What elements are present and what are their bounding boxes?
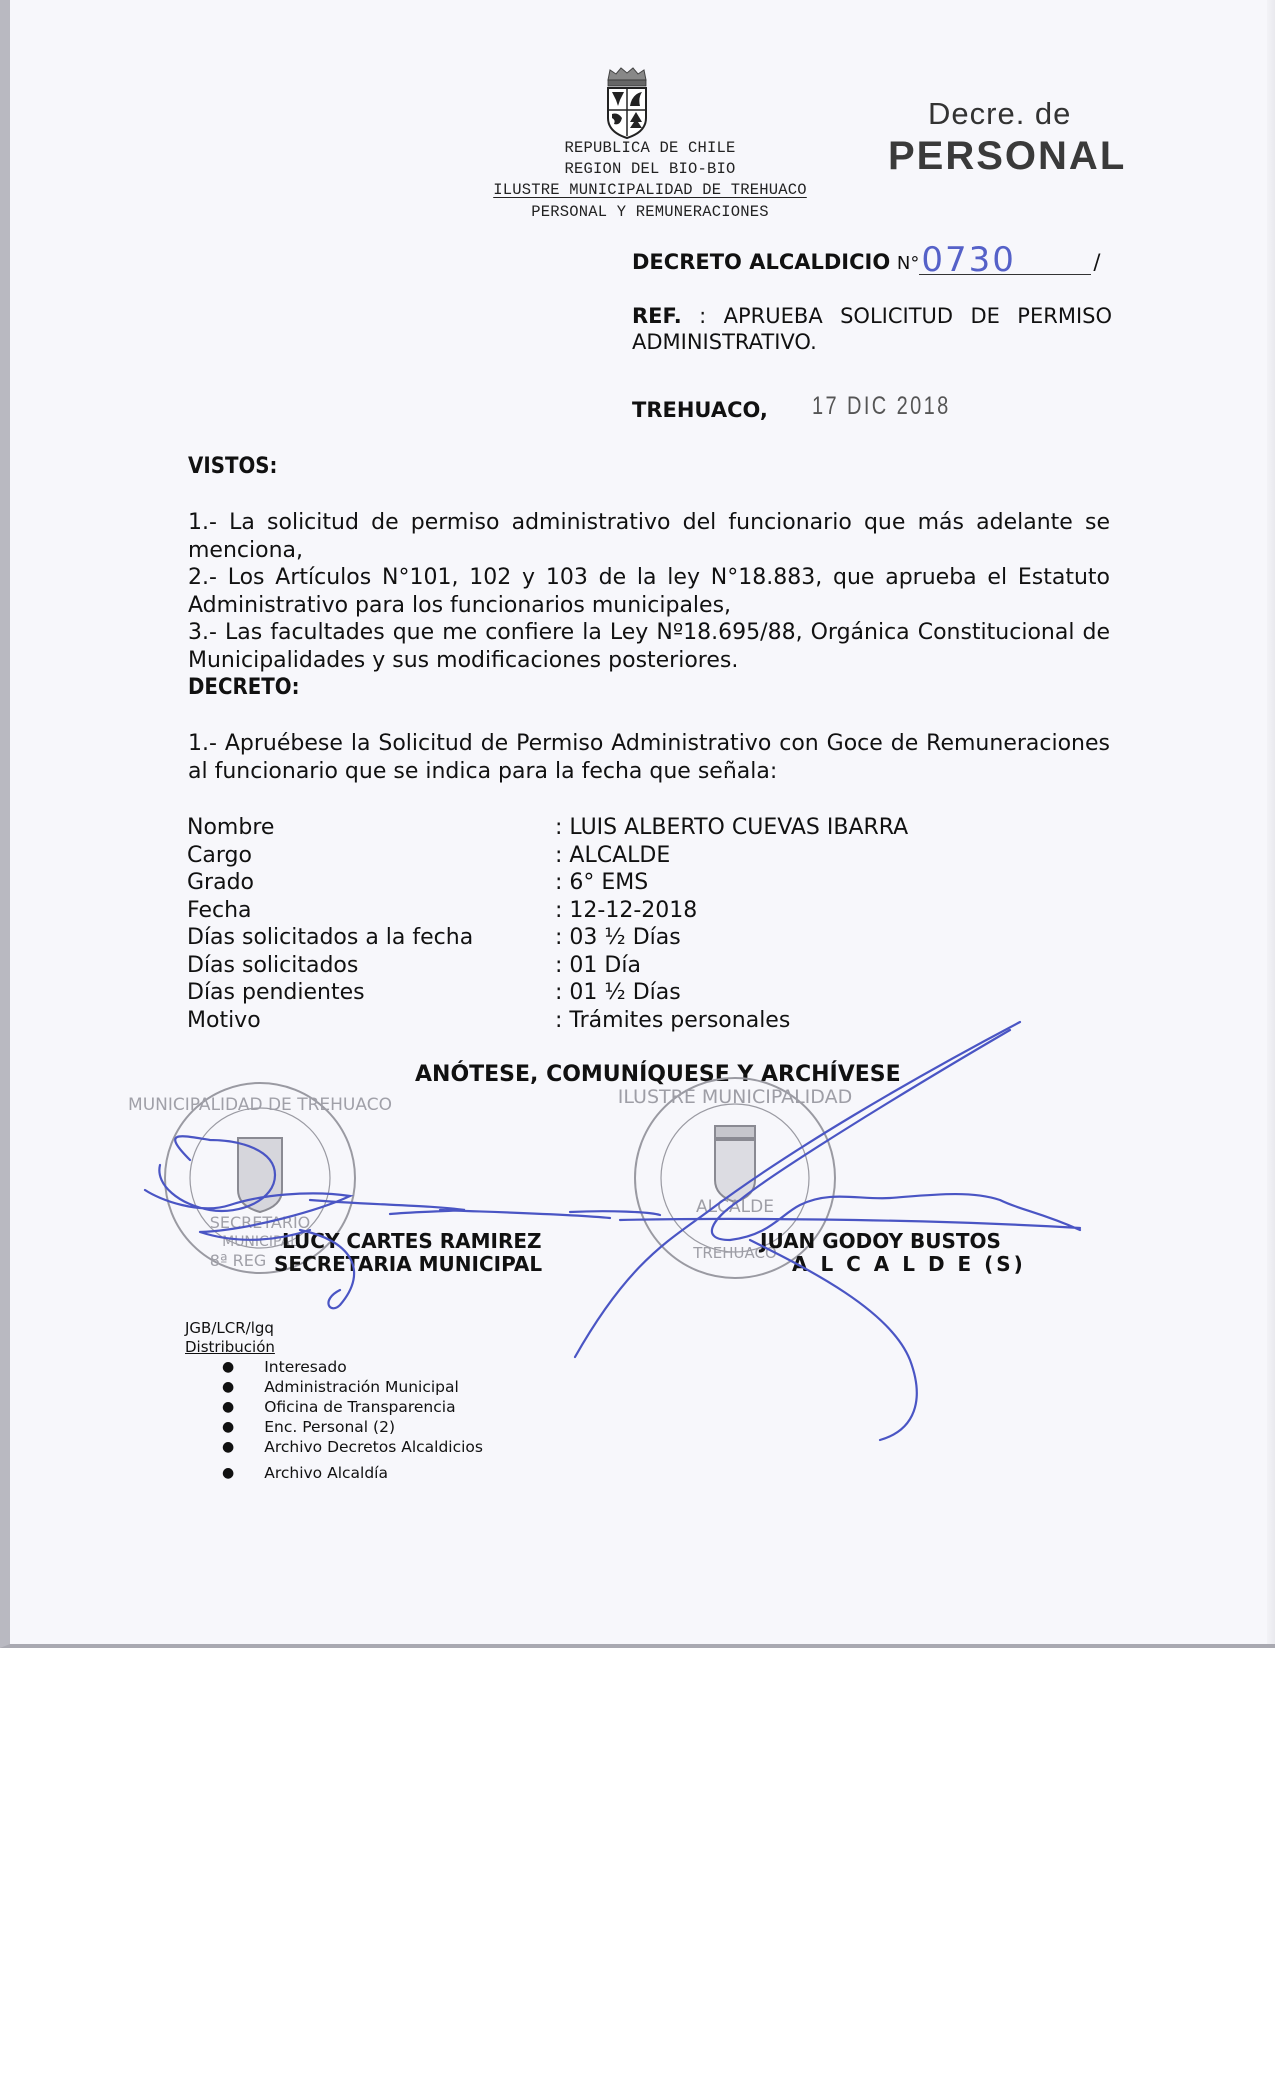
distribution-item: Archivo Decretos Alcaldicios [264, 1438, 483, 1456]
header-municipality: ILUSTRE MUNICIPALIDAD DE TREHUACO [450, 181, 850, 199]
bullet-icon: ● [222, 1359, 234, 1375]
list-item: ●Oficina de Transparencia [222, 1397, 483, 1417]
field-row: Grado: 6° EMS [187, 869, 908, 897]
mayor-role: A L C A L D E (S) [792, 1252, 1026, 1276]
svg-text:ALCALDE: ALCALDE [696, 1197, 774, 1217]
header-department: PERSONAL Y REMUNERACIONES [450, 203, 850, 221]
field-row: Nombre: LUIS ALBERTO CUEVAS IBARRA [187, 814, 908, 842]
header-region: REGION DEL BIO-BIO [450, 160, 850, 178]
secretary-role: SECRETARIA MUNICIPAL [274, 1252, 542, 1276]
field-row: Días pendientes: 01 ½ Días [187, 979, 908, 1007]
field-value: : 03 ½ Días [555, 924, 681, 952]
header-republic: REPUBLICA DE CHILE [450, 139, 850, 157]
field-row: Días solicitados a la fecha: 03 ½ Días [187, 924, 908, 952]
scanned-document-page: REPUBLICA DE CHILE REGION DEL BIO-BIO IL… [0, 0, 1275, 1648]
field-label: Cargo [187, 842, 555, 870]
bullet-icon: ● [222, 1439, 234, 1455]
decree-title-line: DECRETO ALCALDICIO N°0730/ [632, 246, 1100, 275]
vistos-list: 1.- La solicitud de permiso administrati… [188, 509, 1110, 674]
field-value: : 01 Día [555, 952, 641, 980]
decree-slash: / [1093, 250, 1100, 274]
list-item: ●Interesado [222, 1357, 483, 1377]
decreto-item: 1.- Apruébese la Solicitud de Permiso Ad… [188, 730, 1110, 785]
field-row: Motivo: Trámites personales [187, 1007, 908, 1035]
field-label: Días solicitados a la fecha [187, 924, 555, 952]
field-label: Grado [187, 869, 555, 897]
svg-text:ILUSTRE MUNICIPALIDAD: ILUSTRE MUNICIPALIDAD [618, 1086, 852, 1108]
decree-reference: REF. : APRUEBA SOLICITUD DE PERMISO ADMI… [632, 303, 1112, 355]
vistos-heading: VISTOS: [188, 454, 277, 479]
secretary-name: LUCY CARTES RAMIREZ [282, 1229, 542, 1253]
distribution-title: Distribución [185, 1338, 275, 1356]
field-label: Nombre [187, 814, 555, 842]
bullet-icon: ● [222, 1399, 234, 1415]
ref-label: REF. [632, 304, 682, 328]
vistos-item-2: 2.- Los Artículos N°101, 102 y 103 de la… [188, 564, 1110, 619]
field-label: Motivo [187, 1007, 555, 1035]
vistos-item-1: 1.- La solicitud de permiso administrati… [188, 509, 1110, 564]
decree-number-label: N° [897, 253, 919, 274]
stamp-personal: PERSONAL [888, 134, 1126, 179]
decreto-heading: DECRETO: [188, 675, 300, 700]
stamp-decre-de: Decre. de [928, 96, 1071, 132]
initials: JGB/LCR/lgq [185, 1319, 274, 1337]
employee-details: Nombre: LUIS ALBERTO CUEVAS IBARRA Cargo… [187, 814, 908, 1034]
distribution-list: ●Interesado ●Administración Municipal ●O… [222, 1357, 483, 1483]
field-label: Fecha [187, 897, 555, 925]
field-value: : 6° EMS [555, 869, 648, 897]
ref-text: : APRUEBA SOLICITUD DE PERMISO ADMINISTR… [632, 304, 1112, 354]
vistos-item-3: 3.- Las facultades que me confiere la Le… [188, 619, 1110, 674]
decree-number-handwritten: 0730 [919, 246, 1091, 275]
field-value: : Trámites personales [555, 1007, 790, 1035]
field-label: Días solicitados [187, 952, 555, 980]
list-item: ●Enc. Personal (2) [222, 1417, 483, 1437]
list-item: ●Administración Municipal [222, 1377, 483, 1397]
field-value: : LUIS ALBERTO CUEVAS IBARRA [555, 814, 908, 842]
field-value: : ALCALDE [555, 842, 670, 870]
bullet-icon: ● [222, 1465, 234, 1481]
municipal-coat-of-arms-icon [602, 66, 652, 140]
mayor-name: JUAN GODOY BUSTOS [760, 1229, 1001, 1253]
list-item: ●Archivo Decretos Alcaldicios [222, 1437, 483, 1457]
decree-title: DECRETO ALCALDICIO [632, 250, 890, 274]
field-row: Días solicitados: 01 Día [187, 952, 908, 980]
date-stamp: 17 DIC 2018 [812, 392, 951, 421]
field-value: : 01 ½ Días [555, 979, 681, 1007]
distribution-item: Archivo Alcaldía [264, 1464, 388, 1482]
field-row: Fecha: 12-12-2018 [187, 897, 908, 925]
closing-formula: ANÓTESE, COMUNÍQUESE Y ARCHÍVESE [415, 1062, 901, 1087]
decreto-item-1: 1.- Apruébese la Solicitud de Permiso Ad… [188, 730, 1110, 785]
field-row: Cargo: ALCALDE [187, 842, 908, 870]
list-item: ●Archivo Alcaldía [222, 1463, 483, 1483]
secretary-signature-icon [145, 1136, 660, 1308]
distribution-item: Interesado [264, 1358, 346, 1376]
decree-place: TREHUACO, [632, 398, 768, 422]
bullet-icon: ● [222, 1379, 234, 1395]
field-value: : 12-12-2018 [555, 897, 697, 925]
distribution-item: Administración Municipal [264, 1378, 459, 1396]
bullet-icon: ● [222, 1419, 234, 1435]
distribution-item: Enc. Personal (2) [264, 1418, 395, 1436]
svg-text:8ª REG: 8ª REG [210, 1251, 266, 1270]
distribution-item: Oficina de Transparencia [264, 1398, 455, 1416]
svg-text:MUNICIPALIDAD DE TREHUACO: MUNICIPALIDAD DE TREHUACO [128, 1095, 392, 1115]
field-label: Días pendientes [187, 979, 555, 1007]
